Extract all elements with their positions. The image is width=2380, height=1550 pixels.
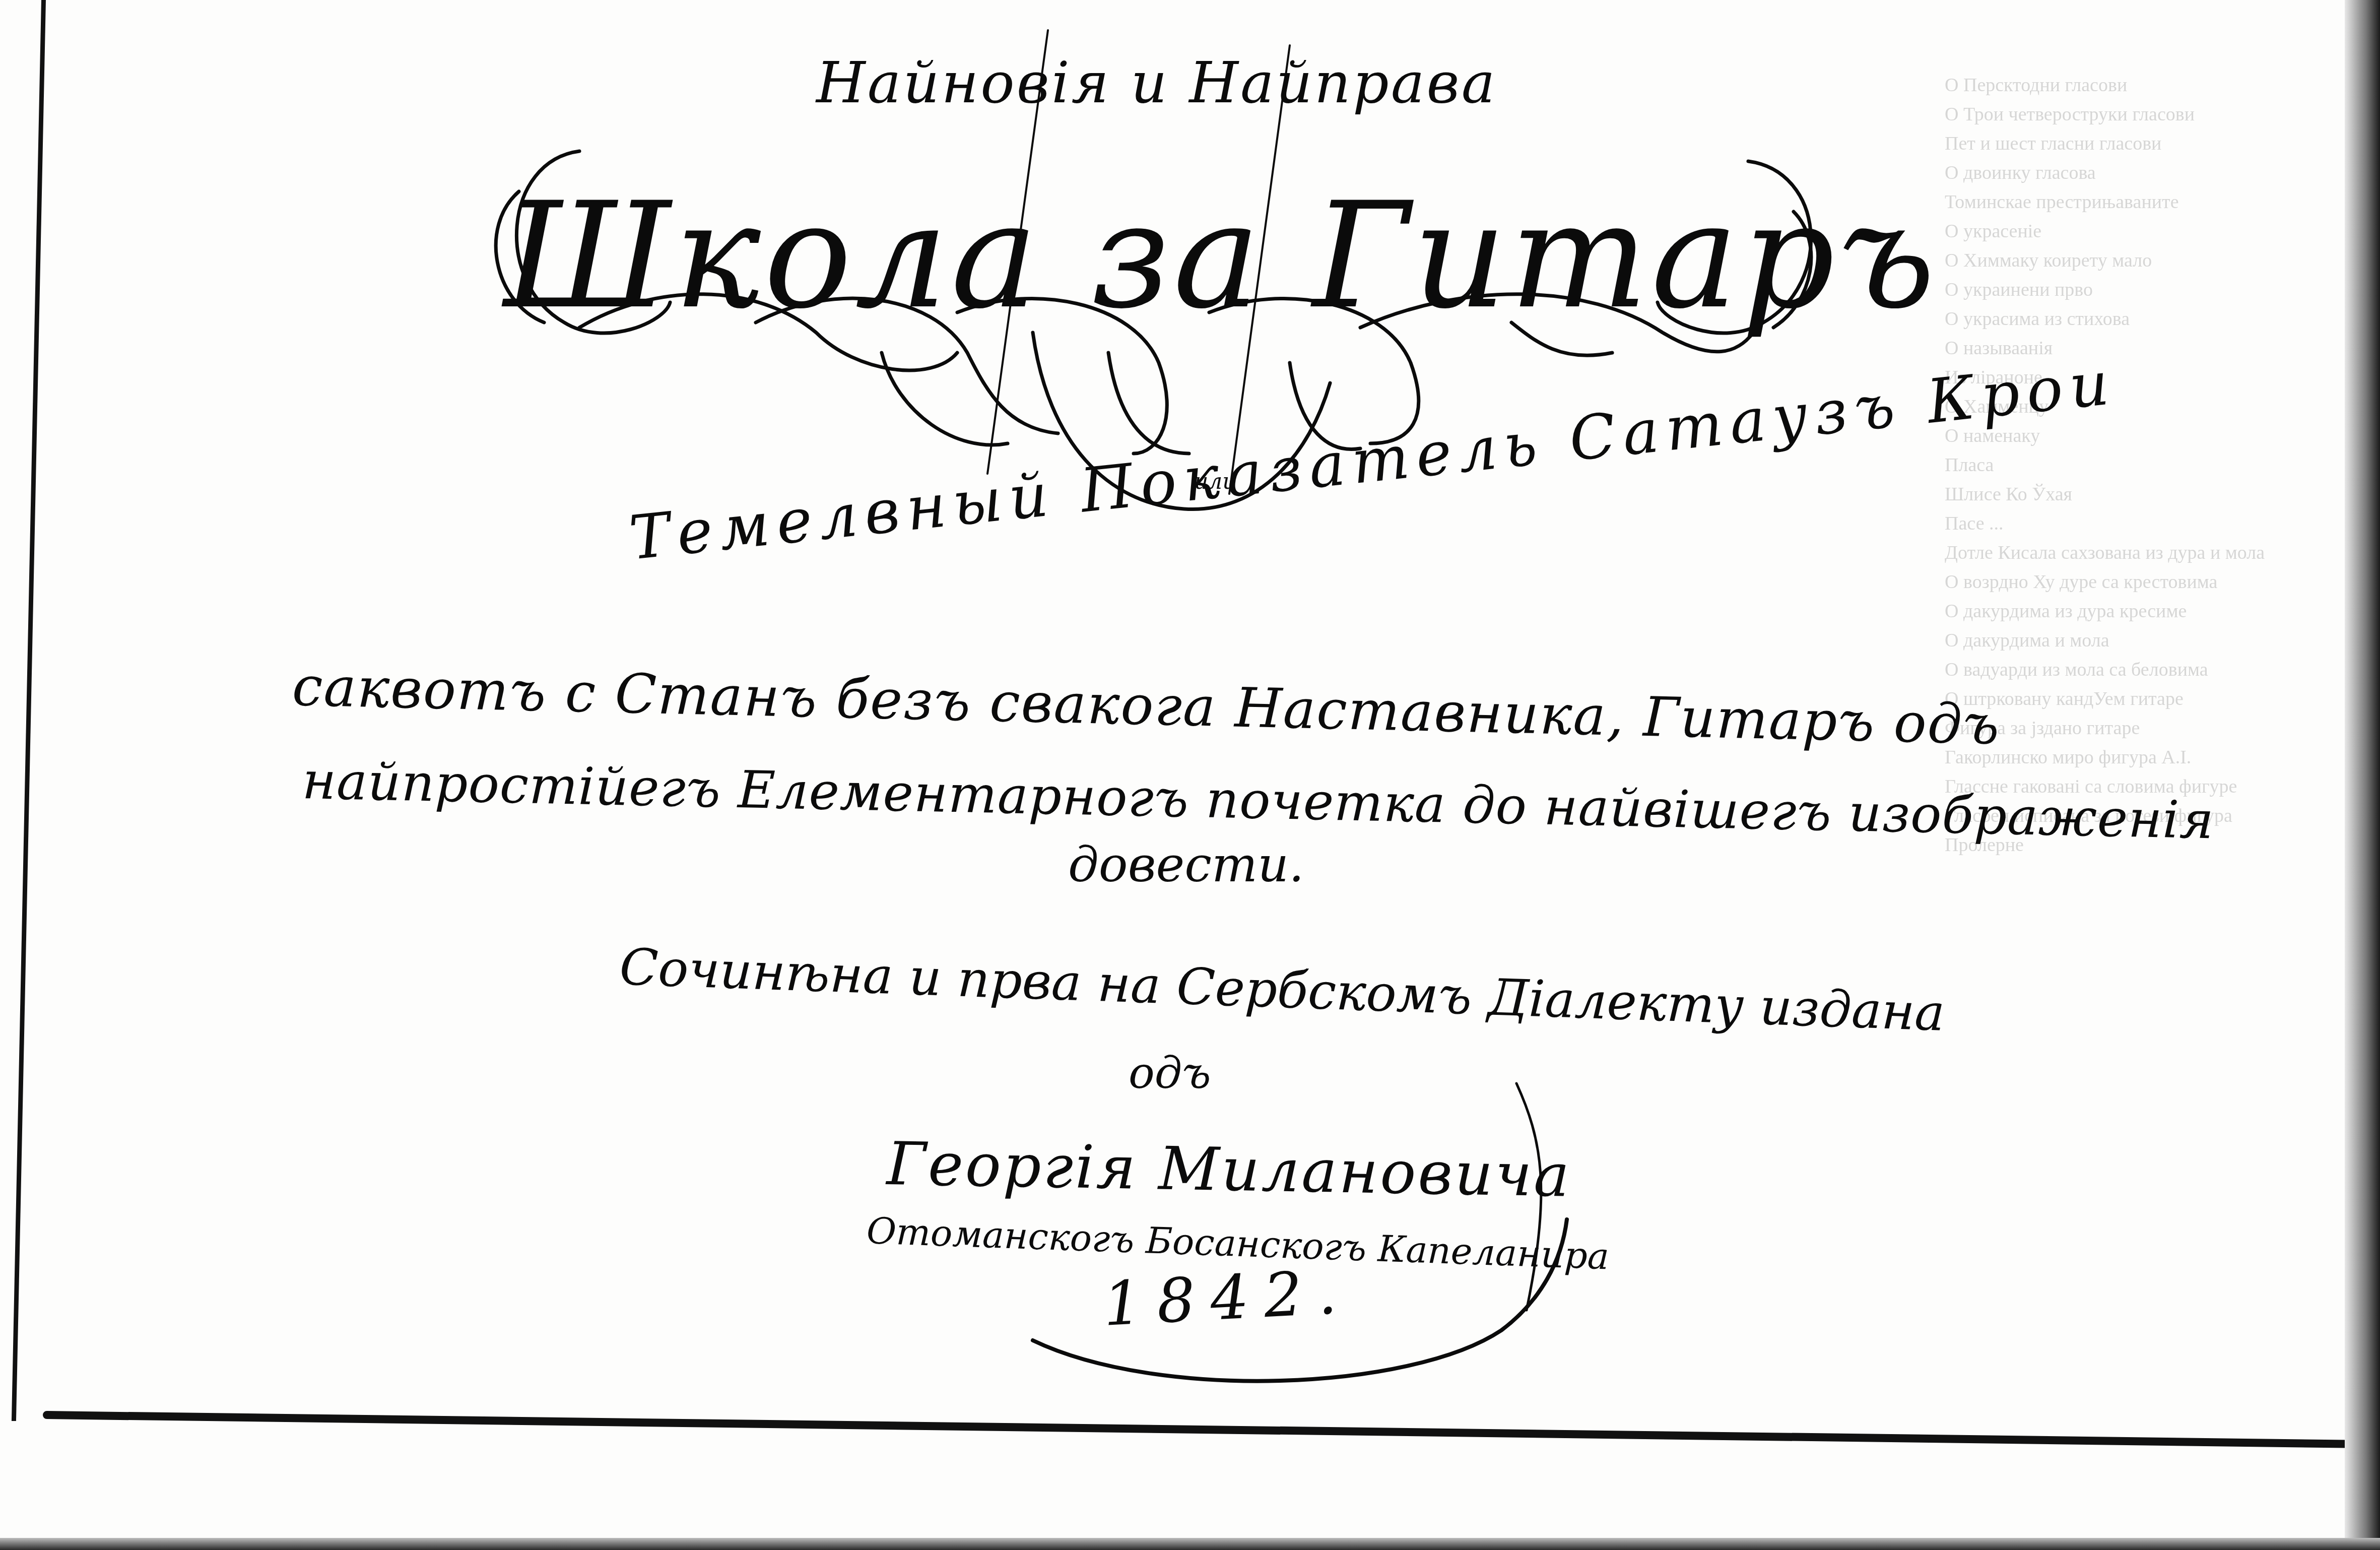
credit-by: одъ xyxy=(1129,1048,1211,1099)
body-line-2: найпростійегъ Елементарногъ почетка до н… xyxy=(302,751,2215,851)
left-margin-rule xyxy=(12,0,46,1421)
subtitle-top: Найновія и Найправа xyxy=(816,50,1497,116)
bleed-line: Гакорлинско миро фигура А.І. xyxy=(1945,743,2338,772)
bleed-line: О Химмаку коирету мало xyxy=(1945,246,2338,275)
publication-year: 1842. xyxy=(1101,1257,1353,1340)
bleed-line: О дакурдима и мола xyxy=(1945,626,2338,655)
credit-line: Сочинѣна и прва на Сербскомъ Діалекту из… xyxy=(619,937,1946,1043)
bleed-line: Шлисе Ко Ўхая xyxy=(1945,480,2338,509)
bleed-line: О Персктодни гласови xyxy=(1945,71,2338,100)
bleed-line: О называанія xyxy=(1945,334,2338,363)
page-title: Школа за Гитаръ xyxy=(504,171,1938,341)
body-line-3: довести. xyxy=(1068,836,1304,893)
bleed-line: Фигура за јздано гитаре xyxy=(1945,714,2338,743)
bleed-line: О Трои четвероструки гласови xyxy=(1945,100,2338,129)
bottom-border-rule xyxy=(43,1411,2360,1448)
bleed-line: Пет и шест гласни гласови xyxy=(1945,129,2338,158)
author-name: Георгія Милановича xyxy=(886,1129,1572,1210)
bleed-line: О штрковану кандУем гитаре xyxy=(1945,684,2338,714)
bleed-line: О возрдно Ху дуре са крестовима xyxy=(1945,567,2338,597)
binding-shadow xyxy=(2345,0,2380,1550)
bleed-through-contents: О Персктодни гласови О Трои четверострук… xyxy=(1945,71,2338,860)
bleed-line: О вадуарди из мола са беловима xyxy=(1945,655,2338,684)
page-bottom-edge xyxy=(0,1538,2380,1550)
subtitle-line: Темелвный Показатель Сатаузъ Крои xyxy=(626,348,2119,573)
bleed-line: О украсима из стихова xyxy=(1945,304,2338,334)
bleed-line: Дотле Кисала сахзована из дура и мола xyxy=(1945,538,2338,567)
manuscript-page: О Персктодни гласови О Трои четверострук… xyxy=(0,0,2380,1550)
bleed-line: О украинени прво xyxy=(1945,275,2338,304)
bleed-line: О украсеніе xyxy=(1945,217,2338,246)
bleed-line: Пласа xyxy=(1945,450,2338,480)
bleed-line: Томинскае престрињаваните xyxy=(1945,187,2338,217)
bleed-line: О дакурдима из дура кресиме xyxy=(1945,597,2338,626)
body-line-1: саквотъ с Станъ безъ свакога Наставника,… xyxy=(292,655,2001,757)
bleed-line: О двоинку гласова xyxy=(1945,158,2338,187)
bleed-line: Пасе ... xyxy=(1945,509,2338,538)
